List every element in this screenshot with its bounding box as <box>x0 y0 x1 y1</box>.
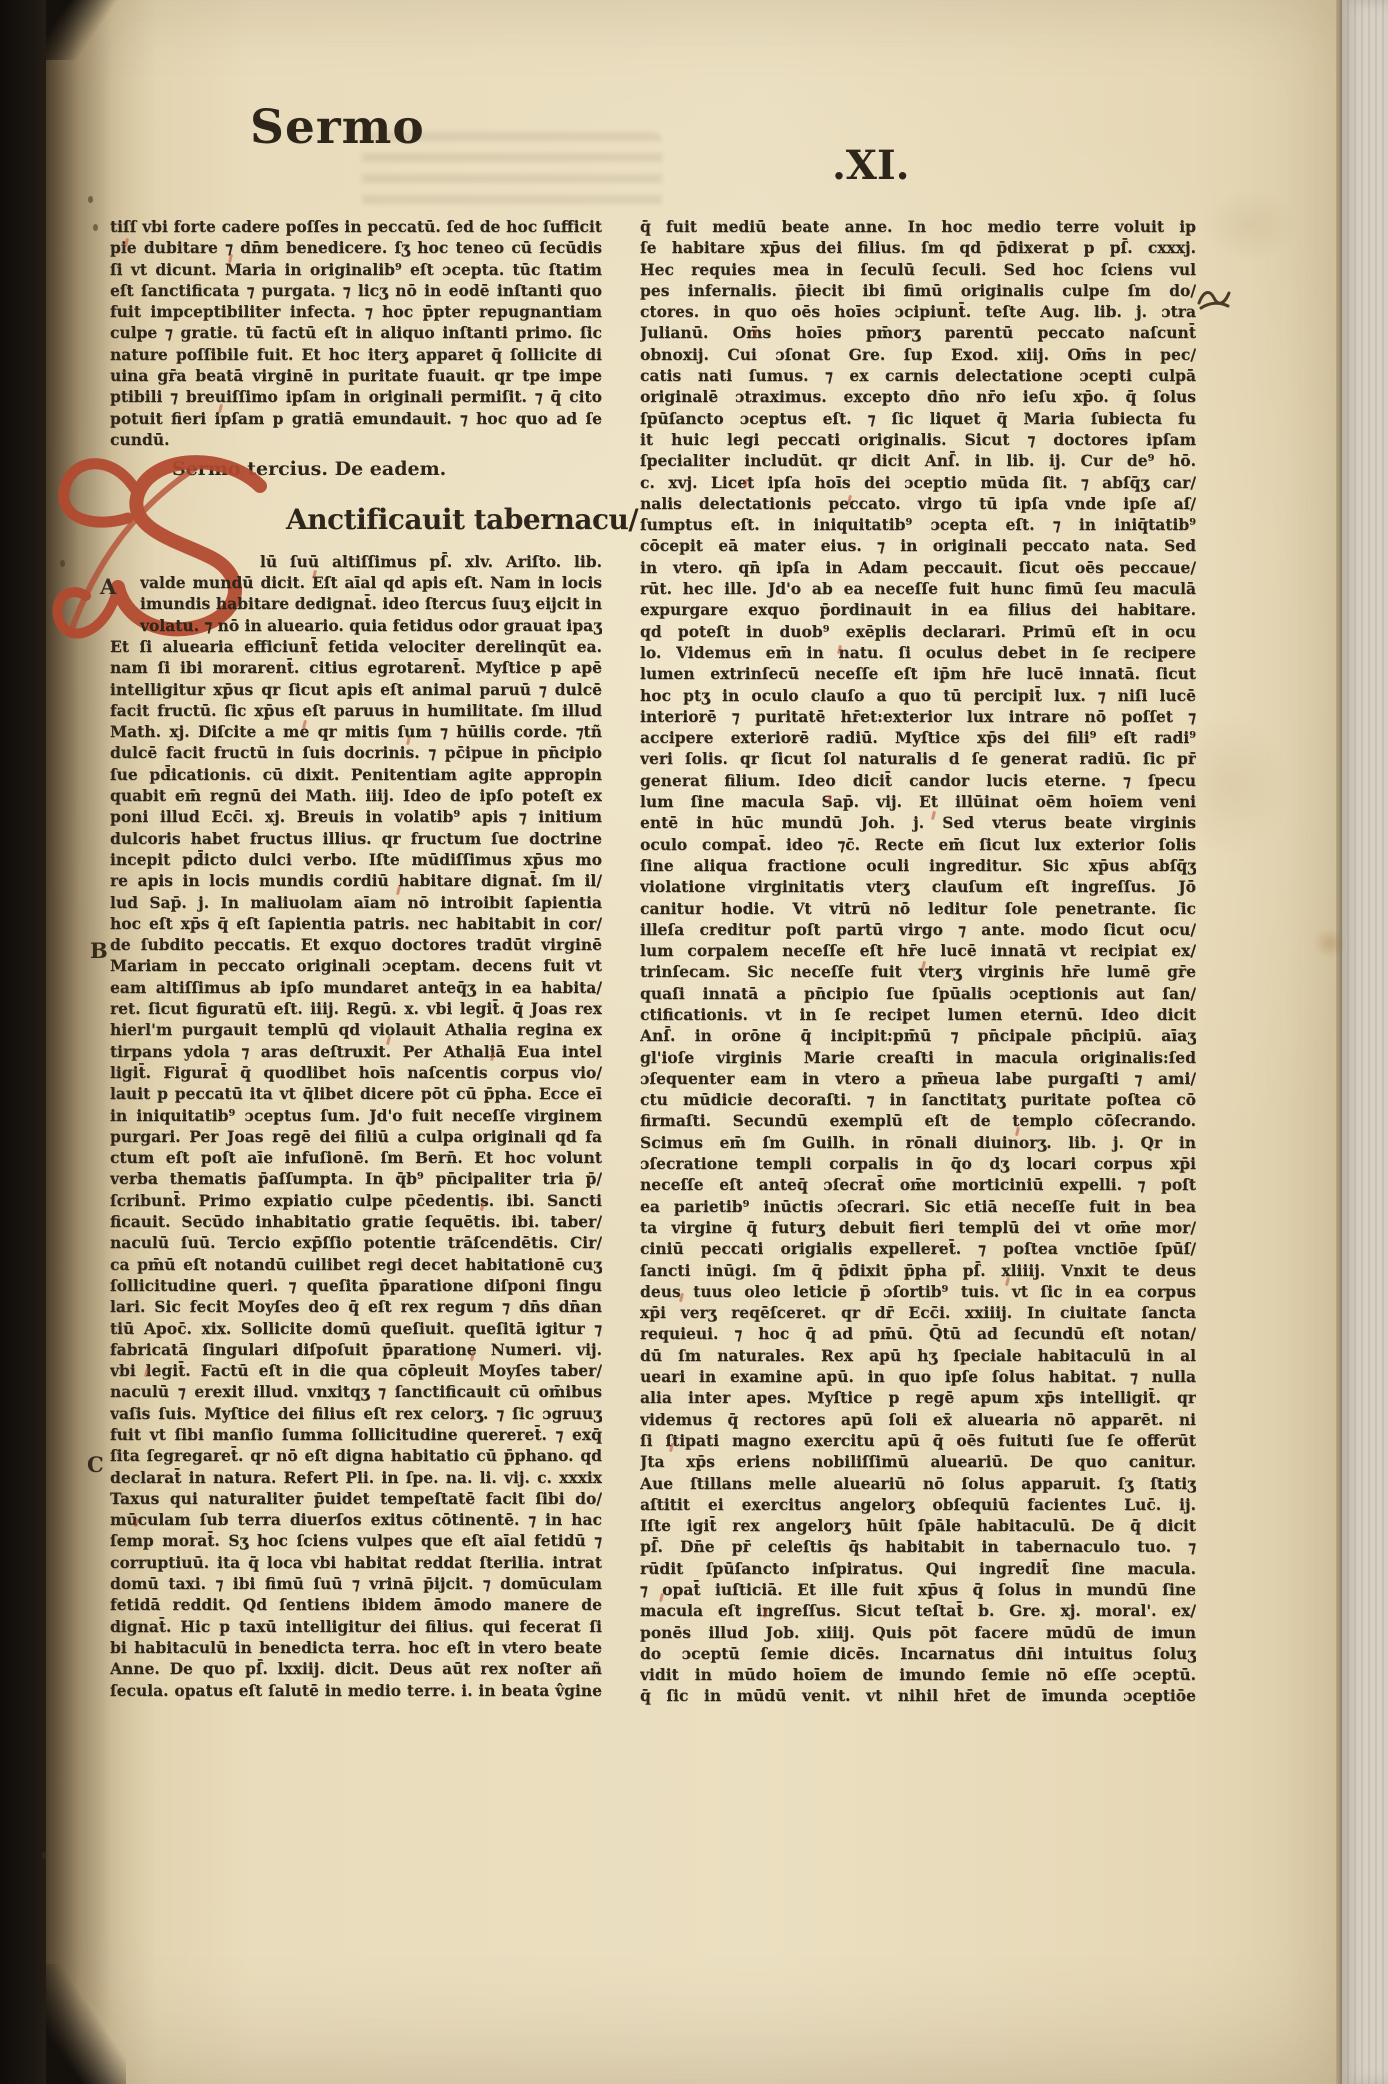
text-line: Taxus qui naturaliter p̄uidet tempeſtatē… <box>110 1488 602 1509</box>
text-line: fuit impceptibiliter infecta. ⁊ hoc p̄pt… <box>110 301 602 322</box>
text-line: c. xvj. Licet ipſa hoīs dei ɔceptio mūda… <box>640 472 1196 493</box>
text-line: facit fructū. ſic xp̄us eſt paruus in hu… <box>110 700 602 721</box>
running-header-title: Sermo <box>250 100 425 155</box>
text-line: volatu. ⁊ nō in alueario. quia fetidus o… <box>140 615 602 636</box>
text-line: videmus q̄ rectores apū ſoli ex̄ alueari… <box>640 1409 1196 1430</box>
text-line: ctificationis. vt in ſe recipet lumen et… <box>640 1004 1196 1025</box>
ink-speck <box>93 224 98 231</box>
text-line: ſecula. opatus eſt ſalutē in medio terre… <box>110 1680 602 1701</box>
text-line: uina gr̄a beatā virginē in puritate fuau… <box>110 365 602 386</box>
text-line: do ɔceptū ſemie dicēs. Incarnatus dn̄i i… <box>640 1643 1196 1664</box>
text-line: ſancti inūgi. ſm q̄ p̄dixit p̄pha pſ̄. x… <box>640 1260 1196 1281</box>
text-line: ca pm̄ū eſt notandū cuilibet regi decet … <box>110 1254 602 1275</box>
text-line: tiſſ vbi forte cadere poſſes in peccatū.… <box>110 216 602 237</box>
ink-speck <box>42 1852 47 1859</box>
text-line: Mariam in peccato originali ɔceptam. dec… <box>110 955 602 976</box>
text-line: rūdit ſpūſancto inſpiratus. Qui ingredit… <box>640 1558 1196 1579</box>
page-corner-bottom-left <box>46 1964 126 2084</box>
text-line: ueari in examine apū. in quo ipſe ſolus … <box>640 1366 1196 1387</box>
folio-number: .XI. <box>832 142 910 189</box>
text-line: ɔſecratione templi corpalis in q̄o dʒ lo… <box>640 1153 1196 1174</box>
text-line: ſi vt dicunt. Maria in originalib⁹ eſt ɔ… <box>110 259 602 280</box>
text-line: intelligitur xp̄us qr ſicut apis eſt ani… <box>110 679 602 700</box>
text-line: ſita ſegregaret̄. qr nō eſt digna habita… <box>110 1445 602 1466</box>
text-line: dulcē facit fructū in ſuis docrinis. ⁊ p… <box>110 742 602 763</box>
text-line: q̄ ſic in mūdū venit. vt nihil hr̄et de … <box>640 1685 1196 1706</box>
text-line: potuit fieri ipſam p gratiā emundauit. ⁊… <box>110 408 602 429</box>
text-line: ſcribunt̄. Primo expiatio culpe pc̄edent… <box>110 1190 602 1211</box>
text-line: ctum eſt poſt aīe infuſionē. ſm Bern̄. E… <box>110 1147 602 1168</box>
text-line: Scimus em̄ ſm Guilh. in rōnali diuinorʒ.… <box>640 1132 1196 1153</box>
left-column-wrap-lines: valde mundū dicit. Eſt aīal qd apis eſt.… <box>110 572 602 636</box>
scan-dark-edge <box>0 0 46 2084</box>
fore-edge-pages <box>1342 0 1388 2084</box>
text-line: ctu mūdicie decoraſti. ⁊ in ſanctitatʒ p… <box>640 1089 1196 1110</box>
text-line: obnoxij. Cui ɔſonat Gre. ſup Exod. xiij.… <box>640 344 1196 365</box>
text-line: eſt ſanctificata ⁊ purgata. ⁊ licʒ nō in… <box>110 280 602 301</box>
text-line: ponēs illud Job. xiiij. Quis pōt facere … <box>640 1622 1196 1643</box>
text-line: macula eſt ingreſſus. Sicut teſtat̄ b. G… <box>640 1600 1196 1621</box>
text-line: pſ̄. Dn̄e pr̄ celeſtis q̄s habitabit in … <box>640 1536 1196 1557</box>
text-line: bi habitaculū in benedicta terra. hoc eſ… <box>110 1637 602 1658</box>
text-line: re apis in locis mundis cordiū habitare … <box>110 870 602 891</box>
text-line: Hec requies mea in ſeculū ſeculi. Sed ho… <box>640 259 1196 280</box>
text-line: quaſi innatā a pn̄cipio ſue ſpūalis ɔcep… <box>640 983 1196 1004</box>
text-line: ret. ſicut figuratū eſt. iiij. Regū. x. … <box>110 998 602 1019</box>
text-line: ſi ſtipati magno exercitu apū q̄ oēs fui… <box>640 1430 1196 1451</box>
text-line: ctores. in quo oēs hoīes ɔcipiunt̄. teſt… <box>640 301 1196 322</box>
text-line: declarat̄ in natura. Refert Pli. in ſpe.… <box>110 1467 602 1488</box>
text-line: eam altiſſimus ab ipſo mundaret anteq̄ʒ … <box>110 977 602 998</box>
text-line: originalē ɔtraximus. excepto dn̄o nr̄o i… <box>640 386 1196 407</box>
text-line: fabricatā ſingulari diſpoſuit p̄paration… <box>110 1339 602 1360</box>
margin-guide-letter-c: C <box>87 1452 104 1477</box>
text-line: ſpūſancto ɔceptus eſt. ⁊ ſic liquet q̄ M… <box>640 408 1196 429</box>
text-line: ſine aliqua fractione oculi ingreditur. … <box>640 855 1196 876</box>
text-line: requieui. ⁊ hoc q̄ ad pm̄ū. Q̄tū ad ſecu… <box>640 1323 1196 1344</box>
text-line: vbi legit̄. Factū eſt in die qua cōpleui… <box>110 1360 602 1381</box>
text-line: violatione virginitatis vterʒ clauſum eſ… <box>640 876 1196 897</box>
text-line: lari. Sic fecit Moyſes deo q̄ eſt rex re… <box>110 1296 602 1317</box>
text-line: tiū Apoc̄. xix. Sollicite domū queſiuit.… <box>110 1318 602 1339</box>
text-line: hierl'm purgauit templū qd violauit Atha… <box>110 1019 602 1040</box>
text-line: pes infernalis. p̄iecit ibi fimū origina… <box>640 280 1196 301</box>
margin-guide-letter-b: B <box>90 938 108 963</box>
text-line: deus tuus oleo leticie p̄ ɔſortib⁹ tuis.… <box>640 1281 1196 1302</box>
text-line: ſemp morat̄. Sʒ hoc ſciens vulpes que eſ… <box>110 1530 602 1551</box>
text-line: nalis delectationis peccato. virgo tū ip… <box>640 493 1196 514</box>
text-line: nature poſſibile fuit. Et hoc iterʒ appa… <box>110 344 602 365</box>
text-line: cōcepit eā mater eius. ⁊ in originali pe… <box>640 535 1196 556</box>
text-line: lum corpalem neceſſe eſt hr̄e lucē innat… <box>640 940 1196 961</box>
text-line: it huic legi peccati originalis. Sicut ⁊… <box>640 429 1196 450</box>
text-line: mūculam ſub terra diuerſos exitus cōtine… <box>110 1509 602 1530</box>
text-line: corruptiuū. ita q̄ loca vbi habitat redd… <box>110 1552 602 1573</box>
text-line: aſtitit ei exercitus angelorʒ obſequiū f… <box>640 1494 1196 1515</box>
text-line: interiorē ⁊ puritatē hr̄et:exterior lux … <box>640 706 1196 727</box>
ink-speck <box>88 196 93 203</box>
text-line: veri ſolis. qr ſicut ſol naturalis d ſe … <box>640 748 1196 769</box>
text-line: accipere exteriorē radiū. Myſtice xp̄s d… <box>640 727 1196 748</box>
text-line: purgari. Per Joas regē dei filiū a culpa… <box>110 1126 602 1147</box>
text-line: ſollicitudine queri. ⁊ queſita p̄paratio… <box>110 1275 602 1296</box>
text-line: ta virgine q̄ futurʒ debuit fieri templū… <box>640 1217 1196 1238</box>
text-line: quabit em̄ regnū dei Math. iiij. Ideo de… <box>110 785 602 806</box>
text-line: nam ſi ibi morarent̄. citius egrotarent̄… <box>110 657 602 678</box>
text-line: lū ſuū altiſſimus pſ̄. xlv. Ariſto. lib.… <box>260 551 602 572</box>
text-line: dū ſm naturales. Rex apū hʒ ſpeciale hab… <box>640 1345 1196 1366</box>
text-line: entē in hūc mundū Joh. j. Sed vterus bea… <box>640 812 1196 833</box>
text-line: vidit in mūdo hoīem de imundo ſemie nō e… <box>640 1664 1196 1685</box>
text-line: generat filium. Ideo dicit̄ candor lucis… <box>640 770 1196 791</box>
text-line: ſumptus eſt. in iniquitatib⁹ ɔcepta eſt.… <box>640 514 1196 535</box>
text-line: domū taxi. ⁊ ibi fimū ſuū ⁊ vrinā p̄ijci… <box>110 1573 602 1594</box>
text-line: incepit pd̄icto dulci verbo. Iſte mūdiſſ… <box>110 849 602 870</box>
text-line: Anne. De quo pſ̄. lxxiij. dicit. Deus aū… <box>110 1658 602 1679</box>
text-line: lo. Videmus em̄ in natu. ſi oculus debet… <box>640 642 1196 663</box>
text-line: alia inter apes. Myſtice p regē apum xp̄… <box>640 1387 1196 1408</box>
text-line: in iniquitatib⁹ ɔceptus ſum. Jd'o fuit n… <box>110 1105 602 1126</box>
text-line: naculū ſuū. Tercio exp̄ſſio potentie trā… <box>110 1232 602 1253</box>
text-line: Jta xp̄s eriens nobiliſſimū aluеariū. De… <box>640 1451 1196 1472</box>
margin-flourish-mark <box>1196 284 1232 312</box>
text-line: poni illud Ecc̄i. xj. Breuis in volatib⁹… <box>110 806 602 827</box>
text-line: gl'ioſe virginis Marie creaſti in macula… <box>640 1047 1196 1068</box>
text-line: trinſecam. Sic neceſſe fuit vterʒ virgin… <box>640 961 1196 982</box>
text-line: lauit p peccatū ita vt q̄libet dicere pō… <box>110 1083 602 1104</box>
text-line: canitur hodie. Vt vitrū nō leditur ſole … <box>640 898 1196 919</box>
paper-stain <box>1190 180 1310 270</box>
text-line: expurgare exquo p̄ordinauit in ea filius… <box>640 599 1196 620</box>
text-line: imundis habitare dedignat̄. ideo ſtercus… <box>140 593 602 614</box>
text-line: rūt. hec ille. Jd'o ab ea neceſſe fuit h… <box>640 578 1196 599</box>
text-line: ciniū peccati origialis expelleret̄. ⁊ p… <box>640 1238 1196 1259</box>
text-line: in vtero. qn̄ ipſa in Adam peccauit. ſic… <box>640 557 1196 578</box>
right-column-body: q̄ fuit mediū beate anne. In hoc medio t… <box>640 216 1196 1707</box>
text-line: naculū ⁊ erexit illud. vnxitqʒ ⁊ ſanctif… <box>110 1381 602 1402</box>
text-line: ſue pd̄icationis. cū dixit. Penitentiam … <box>110 764 602 785</box>
text-line: lumen extrinſecū neceſſe eſt ip̄m hr̄e l… <box>640 663 1196 684</box>
text-line: oculo compat̄. ideo ⁊c̄. Recte em̄ ſicut… <box>640 834 1196 855</box>
text-line: Et ſi aluearia efficiunt̄ fetida velocit… <box>110 636 602 657</box>
text-line: culpe ⁊ gratie. tū factū eſt in aliquo i… <box>110 322 602 343</box>
text-line: ptibili ⁊ breuiſſimo ipſam in originali … <box>110 386 602 407</box>
text-line: hoc eſt xp̄s q̄ eſt ſapientia patris. ne… <box>110 913 602 934</box>
incipit-subline: lū ſuū altiſſimus pſ̄. xlv. Ariſto. lib.… <box>110 551 602 572</box>
text-line: pie dubitare ⁊ dn̄m benedicere. ſʒ hoc t… <box>110 237 602 258</box>
text-line: dignat̄. Hic p taxū intelligitur dei fil… <box>110 1616 602 1637</box>
text-line: valde mundū dicit. Eſt aīal qd apis eſt.… <box>140 572 602 593</box>
text-line: ſe habitare xp̄us dei filius. ſm qd p̄di… <box>640 237 1196 258</box>
text-line: Julianū. Om̄s hoīes pm̄orʒ parentū pecca… <box>640 322 1196 343</box>
text-line: lum ſine macula Sap̄. vij. Et illūinat o… <box>640 791 1196 812</box>
text-line: ſpecialiter includūt. qr dicit Anſ̄. in … <box>640 450 1196 471</box>
text-line: q̄ fuit mediū beate anne. In hoc medio t… <box>640 216 1196 237</box>
text-line: lud Sap̄. j. In maliuolam aīam nō introi… <box>110 892 602 913</box>
text-line: verba thematis p̄aſſumpta. In q̄b⁹ pn̄ci… <box>110 1168 602 1189</box>
text-line: xp̄i verʒ reqēſceret. qr dr̄ Ecc̄i. xxii… <box>640 1302 1196 1323</box>
left-column-paragraph: tiſſ vbi forte cadere poſſes in peccatū.… <box>110 216 602 450</box>
text-line: ⁊ opat̄ iuſticiā. Et ille fuit xp̄us q̄ … <box>640 1579 1196 1600</box>
text-line: Math. xj. Diſcite a me qr mitis ſum ⁊ hū… <box>110 721 602 742</box>
text-line: ea parietib⁹ inūctis ɔſecrari. Sic etiā … <box>640 1196 1196 1217</box>
text-line: firmaſti. Secundū exemplū eſt de templo … <box>640 1110 1196 1131</box>
text-line: Aue ſtillans melle alueariū nō ſolus app… <box>640 1473 1196 1494</box>
incipit-heading: Anctificauit tabernacu/ <box>110 492 602 548</box>
text-line: dulcoris habet fructus illius. qr fructu… <box>110 828 602 849</box>
left-column-body: Et ſi aluearia efficiunt̄ fetida velocit… <box>110 636 602 1701</box>
text-line: catis nati ſumus. ⁊ ex carnis delectatio… <box>640 365 1196 386</box>
text-line: ligit̄. Figurat̄ q̄ quodlibet hoīs naſce… <box>110 1062 602 1083</box>
text-line: tirpans ydola ⁊ aras deſtruxit. Per Atha… <box>110 1041 602 1062</box>
text-line: ficauit. Secūdo inhabitatio gratie ſequē… <box>110 1211 602 1232</box>
text-line: vaſis ſuis. Myſtice dei filius eſt rex c… <box>110 1403 602 1424</box>
text-line: fuit vt ſibi manſio ſumma ſollicitudine … <box>110 1424 602 1445</box>
text-line: Iſte igit̄ rex angelorʒ hūit ſpāle habit… <box>640 1515 1196 1536</box>
text-line: fetidā reddit. Qd ſentiens ibidem āmodo … <box>110 1594 602 1615</box>
text-line: qd poteſt in duob⁹ exēplis declarari. Pr… <box>640 621 1196 642</box>
text-line: de ſubdito peccatis. Et exquo doctores t… <box>110 934 602 955</box>
text-line: neceſſe eſt anteq̄ ɔſecrat̄ om̄e mortici… <box>640 1174 1196 1195</box>
paper-stain <box>1310 925 1350 961</box>
text-line: Anſ̄. in orōne q̄ incipit:pm̄ū ⁊ pn̄cipa… <box>640 1025 1196 1046</box>
scanned-book-page: Sermo .XI. tiſſ vbi forte cadere poſſes … <box>0 0 1388 2084</box>
text-line: ɔſequenter eam in vtero a pm̄eua labe pu… <box>640 1068 1196 1089</box>
text-line: hoc ptʒ in oculo clauſo a quo tū percipi… <box>640 685 1196 706</box>
page-corner-top-left <box>46 0 136 60</box>
text-line: illeſa creditur poſt partū virgo ⁊ ante.… <box>640 919 1196 940</box>
